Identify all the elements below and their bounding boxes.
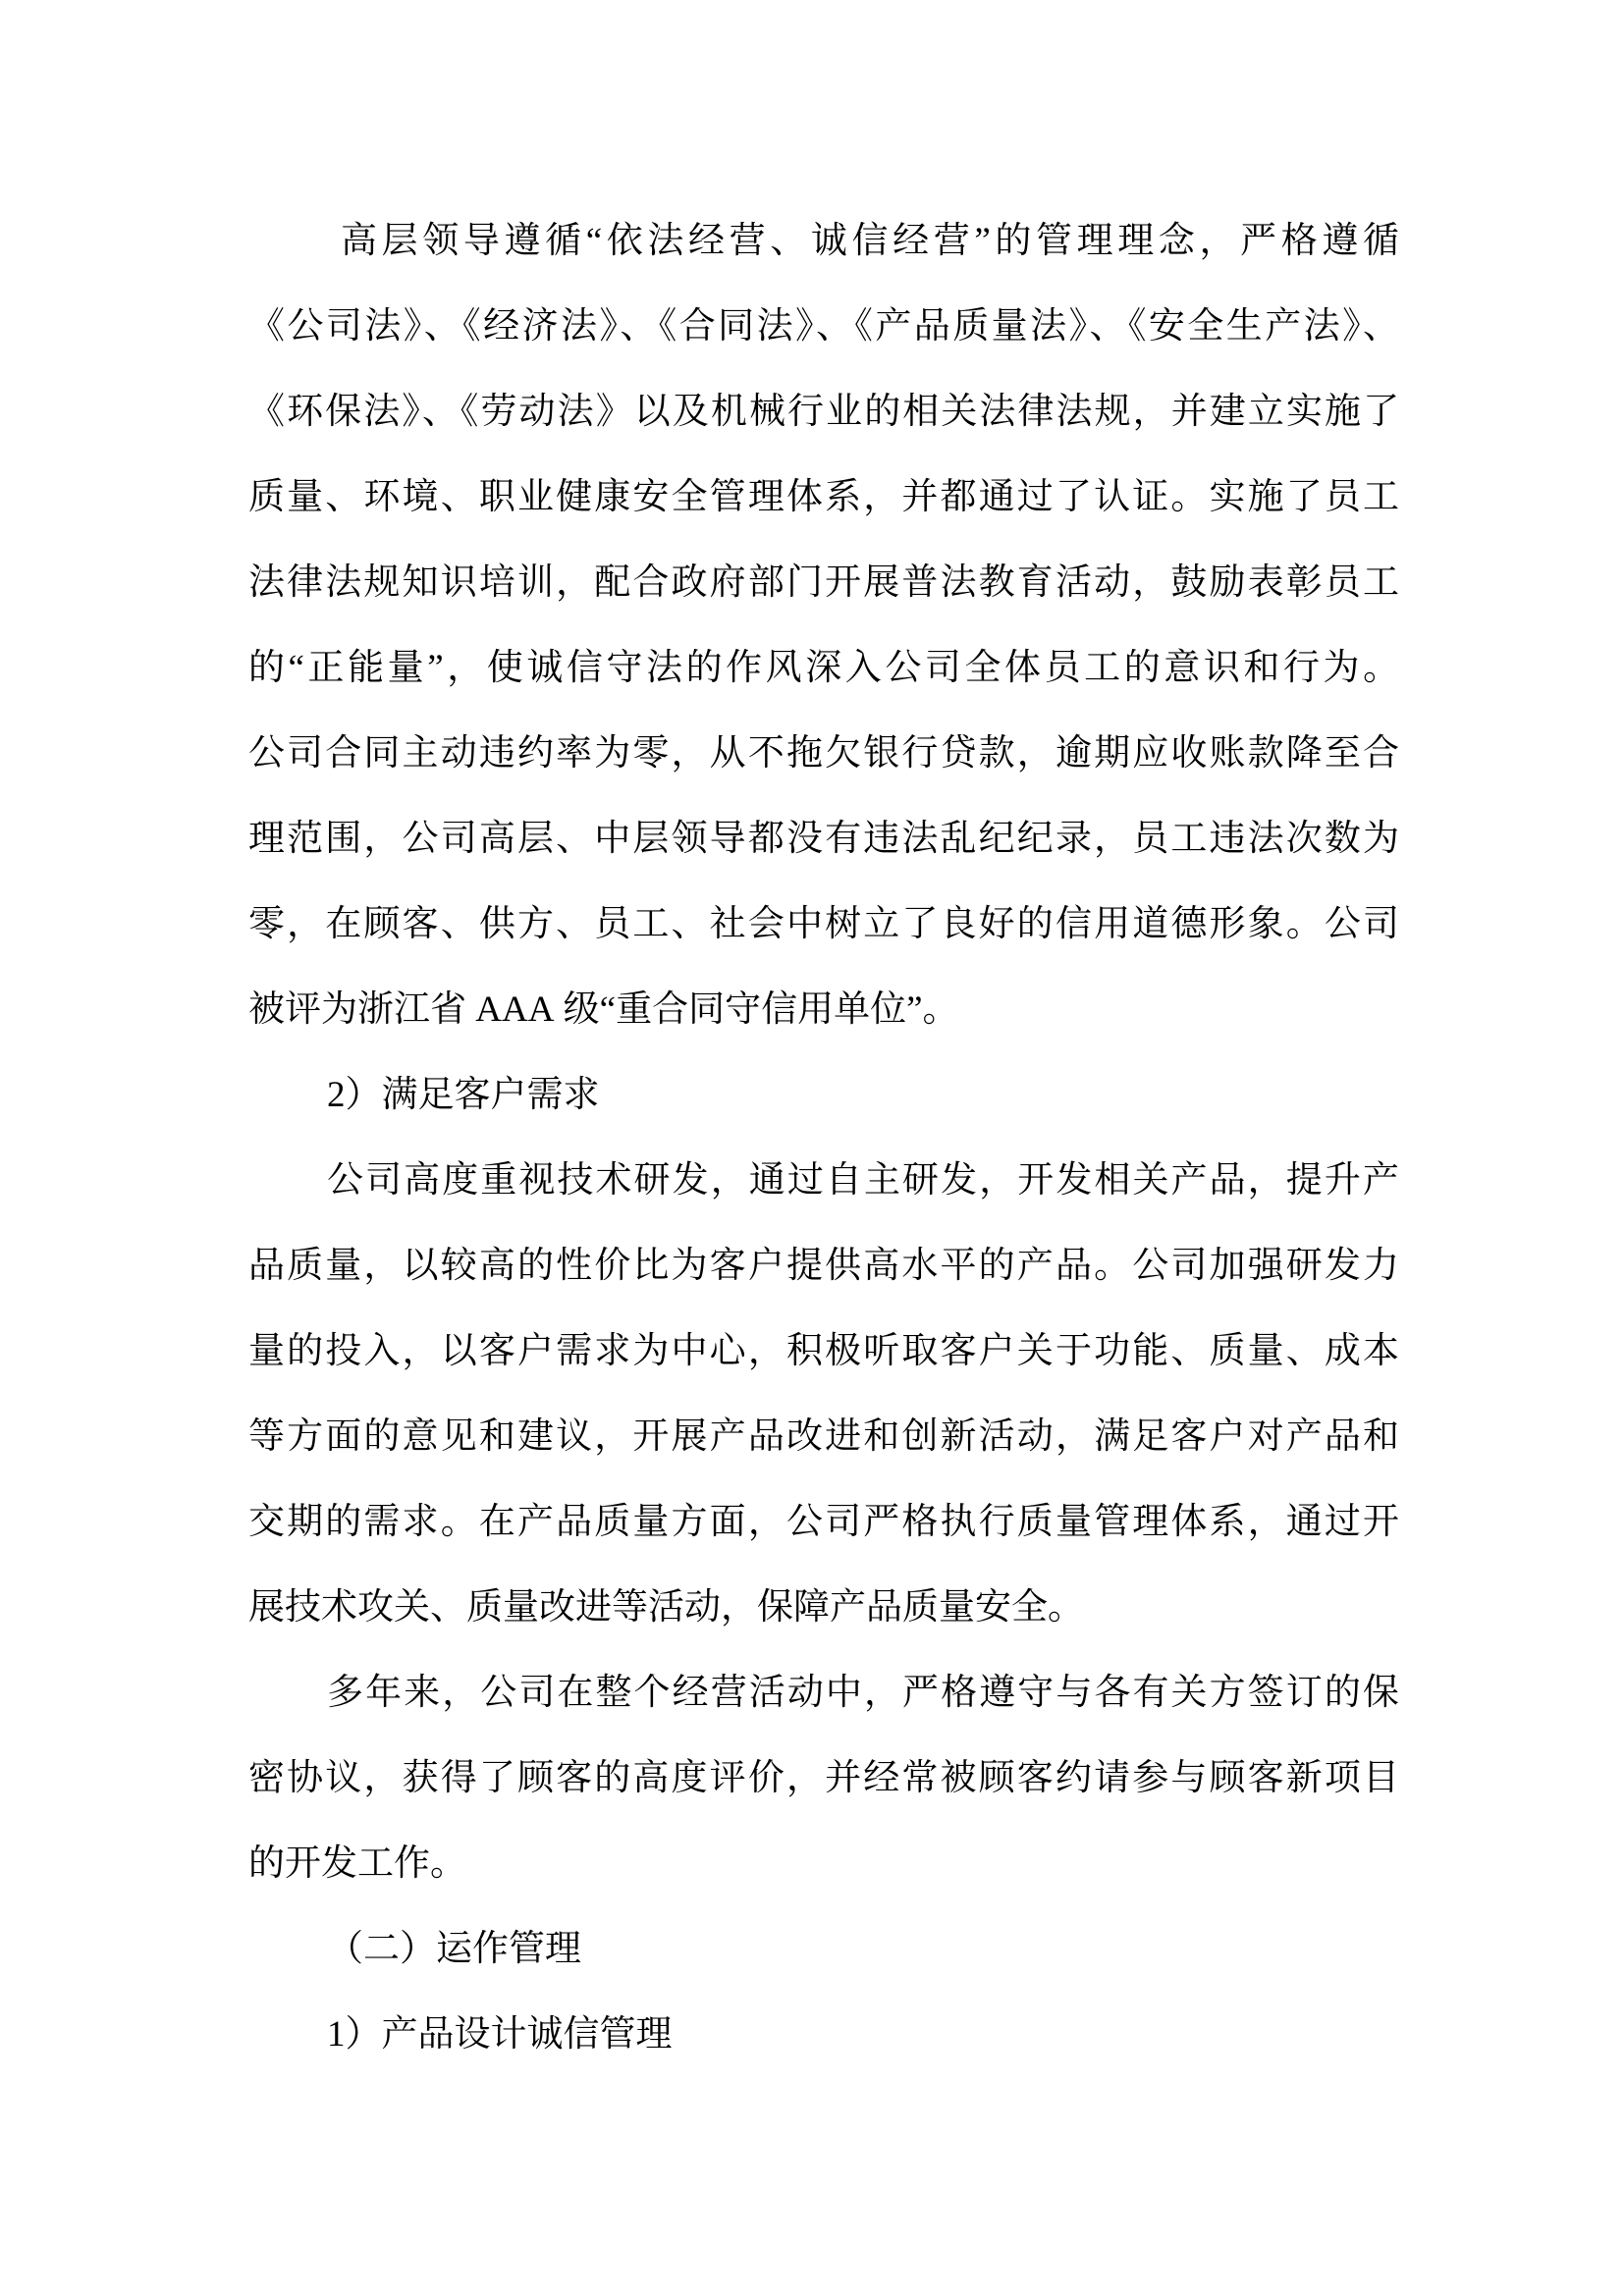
text-line-1: 高层领导遵循“依法经营、诚信经营”的管理理念，严格遵循: [248, 198, 1399, 284]
text-line-content: 被评为浙江省 AAA 级“重合同守信用单位”。: [248, 989, 959, 1030]
text-line-content: 2）满足客户需求: [327, 1075, 600, 1115]
text-line-content: 高层领导遵循“依法经营、诚信经营”的管理理念，严格遵循: [341, 221, 1404, 261]
text-line-content: 法律法规知识培训，配合政府部门开展普法教育活动，鼓励表彰员工: [248, 562, 1401, 603]
text-line-content: 《公司法》、《经济法》、《合同法》、《产品质量法》、《安全生产法》、: [248, 306, 1401, 347]
text-line-22: 1）产品设计诚信管理: [248, 1992, 1399, 2077]
text-line-16: 交期的需求。在产品质量方面，公司严格执行质量管理体系，通过开: [248, 1479, 1399, 1565]
text-line-9: 零，在顾客、供方、员工、社会中树立了良好的信用道德形象。公司: [248, 881, 1399, 967]
text-line-11: 2）满足客户需求: [248, 1052, 1399, 1138]
text-line-content: 公司合同主动违约率为零，从不拖欠银行贷款，逾期应收账款降至合: [248, 733, 1401, 774]
text-line-17: 展技术攻关、质量改进等活动，保障产品质量安全。: [248, 1565, 1399, 1650]
text-line-18: 多年来，公司在整个经营活动中，严格遵守与各有关方签订的保: [248, 1650, 1399, 1735]
text-line-content: 交期的需求。在产品质量方面，公司严格执行质量管理体系，通过开: [248, 1502, 1401, 1542]
text-line-content: 量的投入，以客户需求为中心，积极听取客户关于功能、质量、成本: [248, 1331, 1401, 1371]
text-line-content: 展技术攻关、质量改进等活动，保障产品质量安全。: [248, 1587, 1084, 1628]
text-line-content: 多年来，公司在整个经营活动中，严格遵守与各有关方签订的保: [327, 1673, 1401, 1713]
text-line-content: 零，在顾客、供方、员工、社会中树立了良好的信用道德形象。公司: [248, 904, 1401, 944]
text-line-21: （二）运作管理: [248, 1906, 1399, 1992]
text-line-8: 理范围，公司高层、中层领导都没有违法乱纪纪录，员工违法次数为: [248, 796, 1399, 881]
text-line-10: 被评为浙江省 AAA 级“重合同守信用单位”。: [248, 967, 1399, 1052]
text-line-14: 量的投入，以客户需求为中心，积极听取客户关于功能、质量、成本: [248, 1308, 1399, 1394]
text-line-content: 的“正能量”，使诚信守法的作风深入公司全体员工的意识和行为。: [248, 648, 1403, 688]
text-line-13: 品质量，以较高的性价比为客户提供高水平的产品。公司加强研发力: [248, 1223, 1399, 1308]
document-text-block: 高层领导遵循“依法经营、诚信经营”的管理理念，严格遵循 《公司法》、《经济法》、…: [248, 198, 1399, 2077]
text-line-19: 密协议，获得了顾客的高度评价，并经常被顾客约请参与顾客新项目: [248, 1735, 1399, 1821]
text-line-content: 密协议，获得了顾客的高度评价，并经常被顾客约请参与顾客新项目: [248, 1758, 1401, 1798]
text-line-content: 的开发工作。: [248, 1843, 466, 1884]
text-line-7: 公司合同主动违约率为零，从不拖欠银行贷款，逾期应收账款降至合: [248, 711, 1399, 796]
text-line-3: 《环保法》、《劳动法》以及机械行业的相关法律法规，并建立实施了: [248, 369, 1399, 454]
text-line-content: 质量、环境、职业健康安全管理体系，并都通过了认证。实施了员工: [248, 477, 1401, 517]
text-line-5: 法律法规知识培训，配合政府部门开展普法教育活动，鼓励表彰员工: [248, 540, 1399, 625]
text-line-20: 的开发工作。: [248, 1821, 1399, 1906]
text-line-content: 1）产品设计诚信管理: [327, 2014, 673, 2055]
document-page: 高层领导遵循“依法经营、诚信经营”的管理理念，严格遵循 《公司法》、《经济法》、…: [0, 0, 1624, 2296]
text-line-content: 理范围，公司高层、中层领导都没有违法乱纪纪录，员工违法次数为: [248, 819, 1401, 859]
text-line-content: 品质量，以较高的性价比为客户提供高水平的产品。公司加强研发力: [248, 1246, 1401, 1286]
text-line-content: 《环保法》、《劳动法》以及机械行业的相关法律法规，并建立实施了: [248, 392, 1401, 432]
text-line-2: 《公司法》、《经济法》、《合同法》、《产品质量法》、《安全生产法》、: [248, 284, 1399, 369]
text-line-content: 公司高度重视技术研发，通过自主研发，开发相关产品，提升产: [327, 1160, 1401, 1201]
text-line-15: 等方面的意见和建议，开展产品改进和创新活动，满足客户对产品和: [248, 1394, 1399, 1479]
text-line-4: 质量、环境、职业健康安全管理体系，并都通过了认证。实施了员工: [248, 454, 1399, 540]
text-line-content: 等方面的意见和建议，开展产品改进和创新活动，满足客户对产品和: [248, 1416, 1401, 1457]
text-line-6: 的“正能量”，使诚信守法的作风深入公司全体员工的意识和行为。: [248, 625, 1399, 711]
text-line-12: 公司高度重视技术研发，通过自主研发，开发相关产品，提升产: [248, 1138, 1399, 1223]
text-line-content: （二）运作管理: [327, 1929, 581, 1969]
